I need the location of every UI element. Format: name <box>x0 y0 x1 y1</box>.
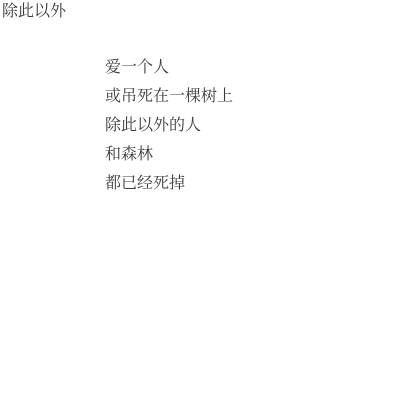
poem-line-3: 除此以外的人 <box>105 111 233 140</box>
poem-line-1: 爱一个人 <box>105 53 233 82</box>
poem-line-5: 都已经死掉 <box>105 169 233 198</box>
poem-line-4: 和森林 <box>105 140 233 169</box>
poem-title: 除此以外 <box>2 3 66 21</box>
poem-page: 除此以外 爱一个人 或吊死在一棵树上 除此以外的人 和森林 都已经死掉 <box>0 0 400 400</box>
poem-body: 爱一个人 或吊死在一棵树上 除此以外的人 和森林 都已经死掉 <box>105 53 233 198</box>
poem-line-2: 或吊死在一棵树上 <box>105 82 233 111</box>
